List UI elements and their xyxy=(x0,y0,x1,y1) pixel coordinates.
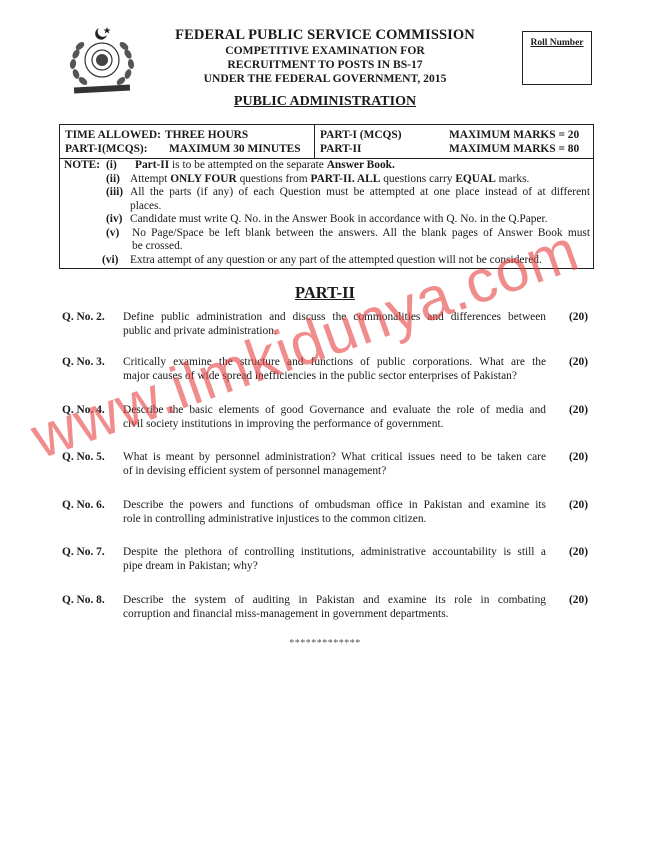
exam-header: FEDERAL PUBLIC SERVICE COMMISSION COMPET… xyxy=(150,27,500,86)
question-marks: (20) xyxy=(569,403,588,417)
part1-time-value: MAXIMUM 30 MINUTES xyxy=(169,142,301,156)
note-text-cont: be crossed. xyxy=(132,240,590,254)
question-number: Q. No. 7. xyxy=(62,545,105,559)
note-number: (ii) xyxy=(106,173,120,187)
question-marks: (20) xyxy=(569,355,588,369)
question-number: Q. No. 2. xyxy=(62,310,105,324)
question-number: Q. No. 4. xyxy=(62,403,105,417)
question-text: What is meant by personnel administratio… xyxy=(123,450,546,478)
note-text: No Page/Space be left blank between the … xyxy=(132,227,590,241)
question-number: Q. No. 3. xyxy=(62,355,105,369)
government-year-title: UNDER THE FEDERAL GOVERNMENT, 2015 xyxy=(150,72,500,86)
note-text: Part-II is to be attempted on the separa… xyxy=(135,159,585,173)
note-number: (iii) xyxy=(106,186,123,200)
column-divider xyxy=(314,125,315,158)
note-text-cont: places. xyxy=(130,200,590,214)
question-marks: (20) xyxy=(569,450,588,464)
recruitment-title: RECRUITMENT TO POSTS IN BS-17 xyxy=(150,58,500,72)
question-text: Despite the plethora of controlling inst… xyxy=(123,545,546,573)
roll-number-box: Roll Number xyxy=(522,31,592,85)
time-allowed-value: THREE HOURS xyxy=(165,128,248,142)
part2-marks-label: PART-II xyxy=(320,142,361,156)
question-marks: (20) xyxy=(569,593,588,607)
part1-time-label: PART-I(MCQS): xyxy=(65,142,148,156)
question-marks: (20) xyxy=(569,310,588,324)
note-text: Candidate must write Q. No. in the Answe… xyxy=(130,213,590,227)
time-allowed-label: TIME ALLOWED: xyxy=(65,128,161,142)
note-text: Attempt ONLY FOUR questions from PART-II… xyxy=(130,173,590,187)
part2-marks-value: MAXIMUM MARKS = 80 xyxy=(449,142,579,156)
note-label: NOTE: xyxy=(64,159,100,173)
note-number: (v) xyxy=(106,227,119,241)
question-text: Define public administration and discuss… xyxy=(123,310,546,338)
question-text: Describe the powers and functions of omb… xyxy=(123,498,546,526)
fpsc-emblem-icon xyxy=(62,24,142,96)
exam-info-row: TIME ALLOWED: THREE HOURS PART-I(MCQS): … xyxy=(60,125,593,159)
note-text: Extra attempt of any question or any par… xyxy=(130,254,590,268)
question-text: Describe the system of auditing in Pakis… xyxy=(123,593,546,621)
question-number: Q. No. 5. xyxy=(62,450,105,464)
subject-title: PUBLIC ADMINISTRATION xyxy=(0,94,650,110)
question-marks: (20) xyxy=(569,498,588,512)
part1-marks-value: MAXIMUM MARKS = 20 xyxy=(449,128,579,142)
commission-title: FEDERAL PUBLIC SERVICE COMMISSION xyxy=(150,27,500,44)
question-text: Describe the basic elements of good Gove… xyxy=(123,403,546,431)
exam-title: COMPETITIVE EXAMINATION FOR xyxy=(150,44,500,58)
note-number: (iv) xyxy=(106,213,122,227)
note-text: All the parts (if any) of each Question … xyxy=(130,186,590,200)
roll-number-label: Roll Number xyxy=(530,38,583,48)
question-text: Critically examine the structure and fun… xyxy=(123,355,546,383)
question-number: Q. No. 6. xyxy=(62,498,105,512)
end-marker: ************* xyxy=(0,638,650,649)
part1-marks-label: PART-I (MCQS) xyxy=(320,128,402,142)
note-number: (vi) xyxy=(102,254,118,268)
question-number: Q. No. 8. xyxy=(62,593,105,607)
question-marks: (20) xyxy=(569,545,588,559)
instructions-box: TIME ALLOWED: THREE HOURS PART-I(MCQS): … xyxy=(59,124,594,269)
note-number: (i) xyxy=(106,159,117,173)
part-title: PART-II xyxy=(0,283,650,303)
